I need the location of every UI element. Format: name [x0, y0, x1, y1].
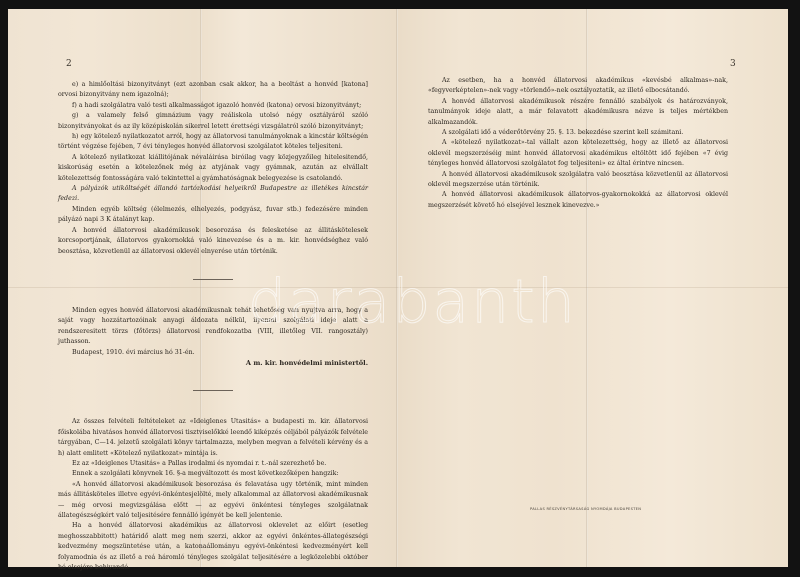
paragraph: Az esetben, ha a honvéd állatorvosi akad…	[428, 76, 728, 97]
paragraph: g) a valamely felső gimnázium vagy reáli…	[58, 111, 368, 132]
page-number: 3	[730, 59, 736, 69]
paragraph: e) a himlőoltási bizonyitványt (ezt azon…	[58, 80, 368, 101]
paragraph: Ennek a szolgálati könyvnek 16. §-a megv…	[58, 469, 368, 479]
paragraph: A honvéd állatorvosi akadémikusok besoro…	[58, 226, 368, 257]
watermark: darabanth	[248, 267, 577, 337]
paragraph: A kötelező nyilatkozat kiállitójának név…	[58, 153, 368, 184]
paragraph: Ha a honvéd állatorvosi akadémikus az ál…	[58, 521, 368, 573]
paragraph: h) egy kötelező nyilatkozatot arról, hog…	[58, 132, 368, 153]
paragraph: Ez az «Ideiglenes Utasitás» a Pallas iro…	[58, 459, 368, 469]
page-number: 2	[66, 59, 72, 69]
paragraph: Az összes felvételi feltételeket az «Ide…	[58, 417, 368, 459]
paragraph: f) a hadi szolgálatra való testi alkalma…	[58, 101, 368, 111]
paragraph: A pályázók utiköltségét állandó tartózko…	[58, 184, 368, 205]
right-page-body: Az esetben, ha a honvéd állatorvosi akad…	[428, 76, 728, 211]
paragraph: A honvéd állatorvosi akadémikusok szolgá…	[428, 170, 728, 191]
signature: A m. kir. honvédelmi ministertől.	[58, 358, 368, 368]
section-divider	[193, 279, 233, 280]
date-line: Budapest, 1910. évi március hó 31-én.	[58, 348, 368, 358]
paragraph-group: Az összes felvételi feltételeket az «Ide…	[58, 417, 368, 573]
paragraph-group: e) a himlőoltási bizonyitványt (ezt azon…	[58, 80, 368, 257]
section-divider	[193, 390, 233, 391]
paragraph: A «kötelező nyilatkozat»-tal vállalt azo…	[428, 138, 728, 169]
printer-imprint: PALLAS RÉSZVÉNYTÁRSASÁG NYOMDÁJA BUDAPES…	[530, 507, 641, 511]
paragraph: Minden egyéb költség (élelmezés, elhelye…	[58, 205, 368, 226]
paragraph: A honvéd állatorvosi akadémikusok állato…	[428, 190, 728, 211]
paragraph-group: Az esetben, ha a honvéd állatorvosi akad…	[428, 76, 728, 211]
document-sheet: 2 e) a himlőoltási bizonyitványt (ezt az…	[8, 9, 788, 567]
paragraph: A szolgálati idő a véderőtörvény 25. §. …	[428, 128, 728, 138]
paragraph: A honvéd állatorvosi akadémikusok részér…	[428, 97, 728, 128]
paragraph: «A honvéd állatorvosi akadémikusok besor…	[58, 480, 368, 522]
